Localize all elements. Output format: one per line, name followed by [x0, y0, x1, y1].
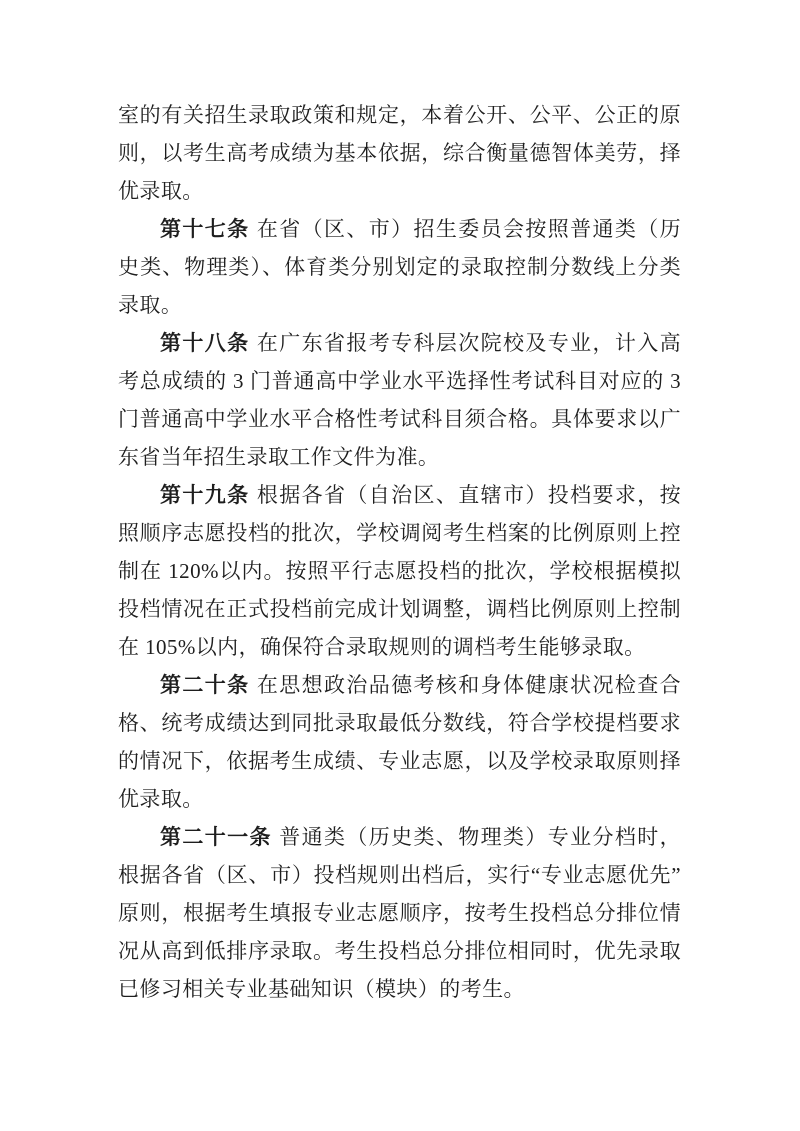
article-heading: 第十八条: [160, 331, 250, 355]
article-heading: 第二十一条: [160, 825, 272, 849]
document-page: 室的有关招生录取政策和规定，本着公开、公平、公正的原则，以考生高考成绩为基本依据…: [0, 0, 800, 1131]
paragraph: 第十八条在广东省报考专科层次院校及专业，计入高考总成绩的 3 门普通高中学业水平…: [118, 324, 681, 476]
article-heading: 第十九条: [160, 483, 250, 507]
article-heading: 第十七条: [160, 217, 250, 241]
paragraph: 第二十条在思想政治品德考核和身体健康状况检查合格、统考成绩达到同批录取最低分数线…: [118, 666, 681, 818]
paragraph-text: 普通类（历史类、物理类）专业分档时，根据各省（区、市）投档规则出档后，实行“专业…: [118, 825, 681, 1001]
paragraph: 室的有关招生录取政策和规定，本着公开、公平、公正的原则，以考生高考成绩为基本依据…: [118, 96, 681, 210]
paragraph: 第十九条根据各省（自治区、直辖市）投档要求，按照顺序志愿投档的批次，学校调阅考生…: [118, 476, 681, 666]
document-content: 室的有关招生录取政策和规定，本着公开、公平、公正的原则，以考生高考成绩为基本依据…: [118, 96, 681, 1008]
paragraph: 第十七条在省（区、市）招生委员会按照普通类（历史类、物理类）、体育类分别划定的录…: [118, 210, 681, 324]
paragraph: 第二十一条普通类（历史类、物理类）专业分档时，根据各省（区、市）投档规则出档后，…: [118, 818, 681, 1008]
paragraph-text: 室的有关招生录取政策和规定，本着公开、公平、公正的原则，以考生高考成绩为基本依据…: [118, 103, 681, 203]
article-heading: 第二十条: [160, 673, 250, 697]
paragraph-text: 根据各省（自治区、直辖市）投档要求，按照顺序志愿投档的批次，学校调阅考生档案的比…: [118, 483, 681, 659]
